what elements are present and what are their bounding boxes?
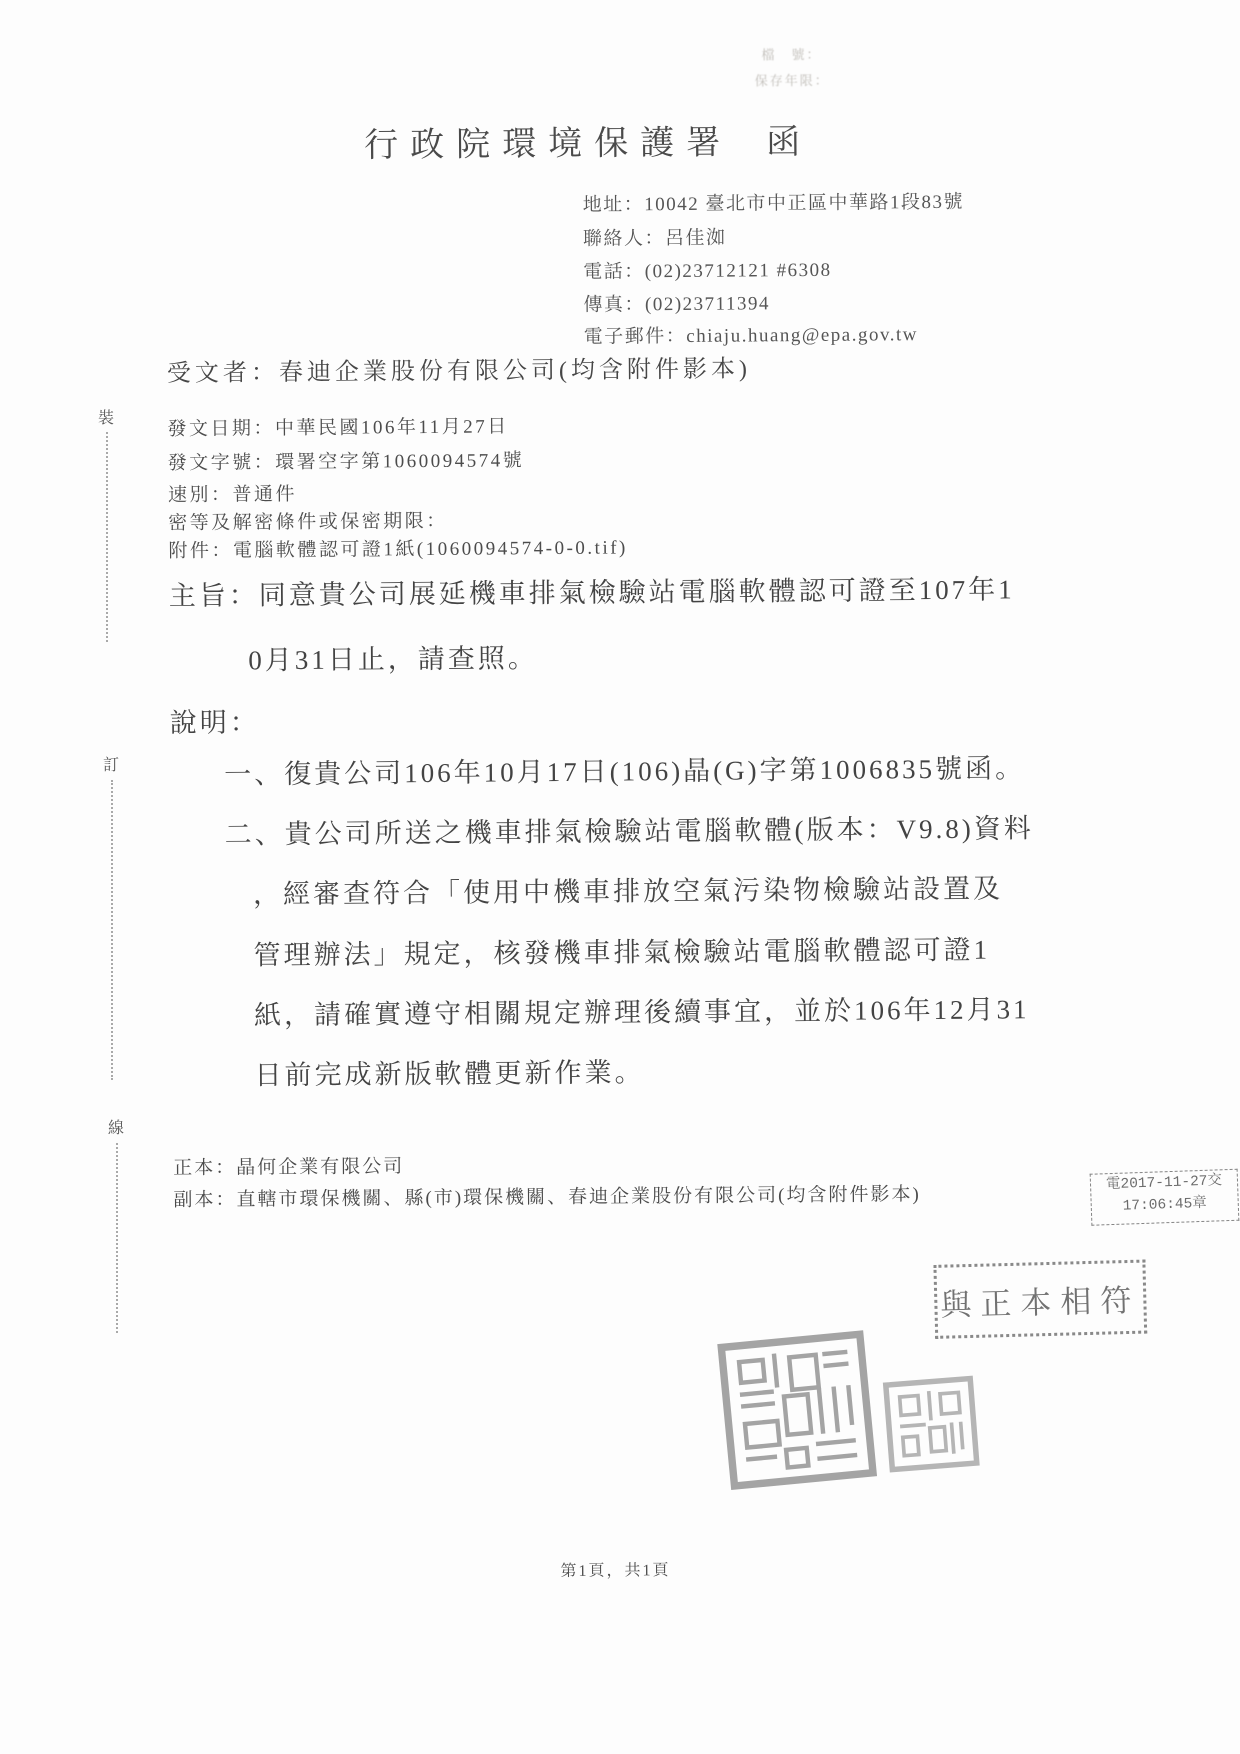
certified-true-copy-stamp: 與正本相符 (933, 1260, 1147, 1339)
attachment-line: 附件：電腦軟體認可證1紙(1060094574-0-0.tif) (168, 532, 628, 563)
page-footer: 第1頁，共1頁 (8, 1553, 1222, 1586)
binding-dotted-line-bottom (116, 1143, 118, 1333)
binding-mark-zhuang: 裝 (98, 405, 114, 428)
subject-line-2: 0月31日止，請查照。 (248, 636, 538, 677)
contact-person: 聯絡人：呂佳洳 (583, 223, 727, 251)
document-title: 行政院環境保護署函 (0, 111, 1167, 169)
doc-number-line: 發文字號：環署空字第1060094574號 (168, 445, 525, 475)
document-type-label: 函 (766, 124, 800, 161)
corner-retention-label: 保存年限： (755, 70, 830, 90)
agency-name: 行政院環境保護署 (364, 125, 732, 165)
binding-dotted-line-middle (111, 780, 113, 1080)
official-seal-large (716, 1329, 877, 1490)
official-seal-small (882, 1375, 981, 1474)
scanned-letter-page: 檔 號： 保存年限： 行政院環境保護署函 地址：10042 臺北市中正區中華路1… (0, 0, 1240, 1754)
contact-fax: 傳真：(02)23711394 (583, 288, 770, 316)
binding-mark-ding: 訂 (103, 752, 119, 775)
explanation-item-1: 一、復貴公司106年10月17日(106)晶(G)字第1006835號函。 (224, 746, 1025, 791)
contact-phone: 電話：(02)23712121 #6308 (583, 255, 832, 284)
contact-email: 電子郵件：chiaju.huang@epa.gov.tw (584, 319, 918, 349)
recipient-line: 受文者：春迪企業股份有限公司(均含附件影本) (167, 348, 751, 388)
explanation-heading: 說明： (170, 700, 260, 740)
speed-class-line: 速別：普通件 (168, 479, 297, 507)
certified-stamp-text: 與正本相符 (940, 1274, 1141, 1324)
explanation-item-2-line-3: 管理辦法」規定，核發機車排氣檢驗站電腦軟體認可證1 (253, 928, 990, 973)
explanation-item-2-line-2: ，經審查符合「使用中機車排放空氣污染物檢驗站設置及 (253, 866, 1003, 911)
copy-recipient-line: 副本：直轄市環保機關、縣(市)環保機關、春迪企業股份有限公司(均含附件影本) (173, 1179, 921, 1212)
contact-address: 地址：10042 臺北市中正區中華路1段83號 (583, 187, 964, 217)
corner-file-number-label: 檔 號： (761, 44, 821, 63)
security-class-line: 密等及解密條件或保密期限： (168, 506, 448, 535)
binding-dotted-line-top (106, 432, 108, 642)
original-recipient-line: 正本：晶何企業有限公司 (173, 1151, 404, 1180)
explanation-item-2-line-1: 二、貴公司所送之機車排氣檢驗站電腦軟體(版本：V9.8)資料 (224, 806, 1034, 851)
binding-mark-xian: 線 (108, 1115, 124, 1138)
delivery-stamp-time: 17:06:45章 (1091, 1192, 1238, 1219)
explanation-item-2-line-5: 日前完成新版軟體更新作業。 (254, 1050, 644, 1092)
explanation-item-2-line-4: 紙，請確實遵守相關規定辦理後續事宜，並於106年12月31 (254, 987, 1030, 1032)
issue-date-line: 發文日期：中華民國106年11月27日 (167, 411, 508, 441)
subject-line-1: 主旨：同意貴公司展延機車排氣檢驗站電腦軟體認可證至107年1 (169, 567, 1015, 613)
electronic-delivery-stamp: 電2017-11-27交 17:06:45章 (1090, 1169, 1240, 1226)
